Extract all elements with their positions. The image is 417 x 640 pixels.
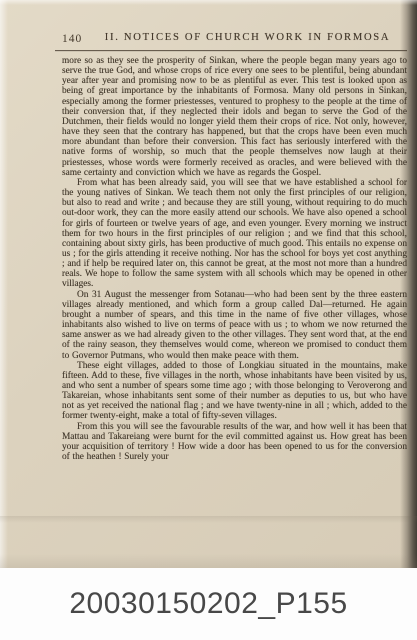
paragraph: more so as they see the prosperity of Si… [62,56,407,178]
scanner-footer-bar: 20030150202_P155 [0,568,417,640]
chapter-title: II. NOTICES OF CHURCH WORK IN FORMOSA [90,32,405,43]
page-bottom-shadow [0,554,417,568]
page-body-text: more so as they see the prosperity of Si… [62,56,407,462]
paragraph: From what has been already said, you wil… [62,178,407,290]
paragraph: On 31 August the messenger from Sotanau—… [62,290,407,361]
page-number: 140 [62,33,82,45]
header-rule [55,50,407,51]
scanned-book-page: 140 II. NOTICES OF CHURCH WORK IN FORMOS… [0,0,417,640]
running-head: 140 II. NOTICES OF CHURCH WORK IN FORMOS… [62,32,407,47]
paragraph: From this you will see the favourable re… [62,422,407,463]
paragraph: These eight villages, added to those of … [62,361,407,422]
scan-id-stamp: 20030150202_P155 [69,587,347,621]
paper-surface: 140 II. NOTICES OF CHURCH WORK IN FORMOS… [0,0,417,568]
page-bottom-shadow [0,516,417,523]
